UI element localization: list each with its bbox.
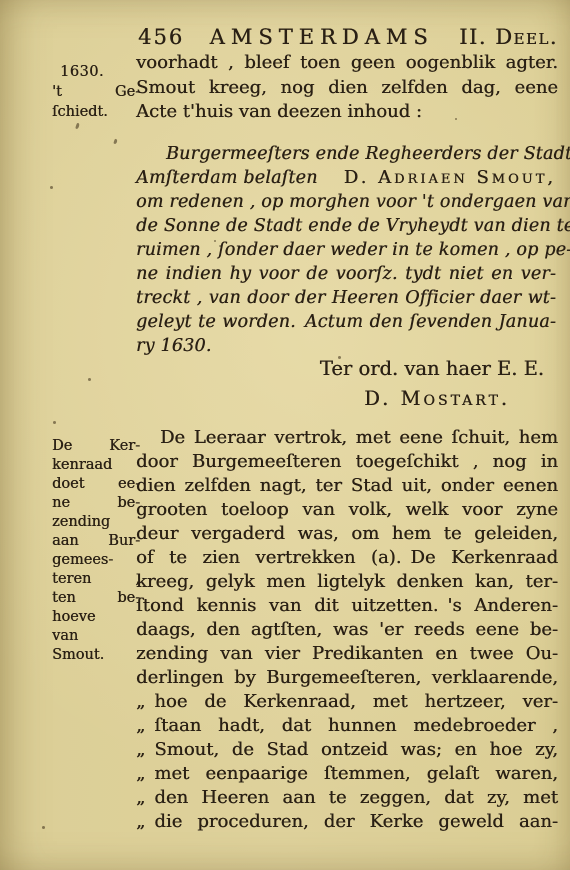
text-line: zending — [52, 513, 140, 532]
ink-speck — [113, 139, 117, 145]
text-line: „ met eenpaarige ſtemmen, gelaſt waren, — [136, 762, 558, 786]
book-page: 456 AMSTERDAMS II. Deel. 1630.'t Ge-ſchi… — [0, 0, 570, 870]
text-line: derlingen by Burgemeeſteren, verklaarend… — [136, 666, 558, 690]
adriaen-smout-name: D. Adriaen Smout, — [344, 166, 556, 190]
text-line: gemees- — [52, 551, 140, 570]
text-line: „ ſtaan hadt, dat hunnen medebroeder , — [136, 714, 558, 738]
text-line: „ die proceduren, der Kerke geweld aan- — [136, 810, 558, 834]
text-line: dien zelfden nagt, ter Stad uit, onder e… — [136, 474, 558, 498]
volume-label: II. Deel. — [459, 25, 558, 49]
text-line: om redenen , op morghen voor 't ondergae… — [136, 190, 556, 214]
ink-speck — [53, 421, 56, 424]
text-line: 1630. — [52, 62, 140, 82]
text-line: teren , — [52, 570, 140, 589]
text-line: Smout. — [52, 646, 140, 665]
text-line: ruimen , ſonder daer weder in te komen ,… — [136, 238, 556, 262]
text-line: of te zien vertrekken (a). De Kerkenraad — [136, 546, 558, 570]
page-header: 456 AMSTERDAMS II. Deel. — [138, 25, 558, 49]
text-line: „ Smout, de Stad ontzeid was; en hoe zy, — [136, 738, 558, 762]
margin-note-year: 1630.'t Ge-ſchiedt. — [52, 62, 140, 122]
text-line: doet ee- — [52, 475, 140, 494]
quote-body-lines: om redenen , op morghen voor 't ondergae… — [136, 190, 556, 358]
text-line: kreeg, gelyk men ligtelyk denken kan, te… — [136, 570, 558, 594]
page-number: 456 — [138, 25, 184, 49]
text-line: van — [52, 627, 140, 646]
ink-speck — [50, 186, 53, 189]
text-line: Acte t'huis van deezen inhoud : — [136, 100, 558, 125]
quote-line2-pre: Amſterdam belaſten — [136, 166, 318, 190]
text-line: 't Ge- — [52, 82, 140, 102]
text-line: „ hoe de Kerkenraad, met hertzeer, ver- — [136, 690, 558, 714]
text-line: door Burgemeeſteren toegeſchikt , nog in — [136, 450, 558, 474]
text-line: zending van vier Predikanten en twee Ou- — [136, 642, 558, 666]
text-line: ſchiedt. — [52, 102, 140, 122]
text-line: ten be- — [52, 589, 140, 608]
text-line: de Sonne de Stadt ende de Vryheydt van d… — [136, 214, 556, 238]
text-line: treckt , van door der Heeren Officier da… — [136, 286, 556, 310]
paragraph-intro: voorhadt , bleef toen geen oogenblik agt… — [136, 51, 558, 125]
text-line: De Ker- — [52, 437, 140, 456]
ink-speck — [338, 356, 341, 359]
text-line: kenraad — [52, 456, 140, 475]
text-line: Smout kreeg, nog dien zelfden dag, eene — [136, 76, 558, 101]
text-line: voorhadt , bleef toen geen oogenblik agt… — [136, 51, 558, 76]
text-line: aan Bur- — [52, 532, 140, 551]
text-line: daags, den agtſten, was 'er reeds eene b… — [136, 618, 558, 642]
text-line: ſtond kennis van dit uitzetten. 's Ander… — [136, 594, 558, 618]
ink-speck — [214, 240, 216, 242]
text-line: grooten toeloop van volk, welk voor zyne — [136, 498, 558, 522]
ink-speck — [455, 118, 457, 120]
text-line: ne indien hy voor de voorſz. tydt niet e… — [136, 262, 556, 286]
signature-block: Ter ord. van haer E. E. D. Mostart. — [136, 354, 544, 414]
text-line: „ den Heeren aan te zeggen, dat zy, met — [136, 786, 558, 810]
ink-speck — [42, 826, 45, 829]
text-line: deur vergaderd was, om hem te geleiden, — [136, 522, 558, 546]
signature-name: D. Mostart. — [136, 384, 544, 414]
paragraph-kerkenraad: De Leeraar vertrok, met eene ſchuit, hem… — [136, 426, 558, 834]
text-line: Burgermeeſters ende Regheerders der Stad… — [136, 142, 556, 166]
acte-quotation: Burgermeeſters ende Regheerders der Stad… — [136, 142, 556, 358]
ink-speck — [75, 123, 80, 130]
text-line: ne be- — [52, 494, 140, 513]
running-title: AMSTERDAMS — [210, 25, 434, 49]
margin-note-kerkenraad: De Ker-kenraaddoet ee-ne be-zendingaan B… — [52, 437, 140, 665]
text-line: geleyt te worden. Actum den ſevenden Jan… — [136, 310, 556, 334]
text-line: De Leeraar vertrok, met eene ſchuit, hem — [136, 426, 558, 450]
text-line: Amſterdam belaſten D. Adriaen Smout, — [136, 166, 556, 190]
text-line: hoeve — [52, 608, 140, 627]
ink-speck — [88, 378, 91, 381]
